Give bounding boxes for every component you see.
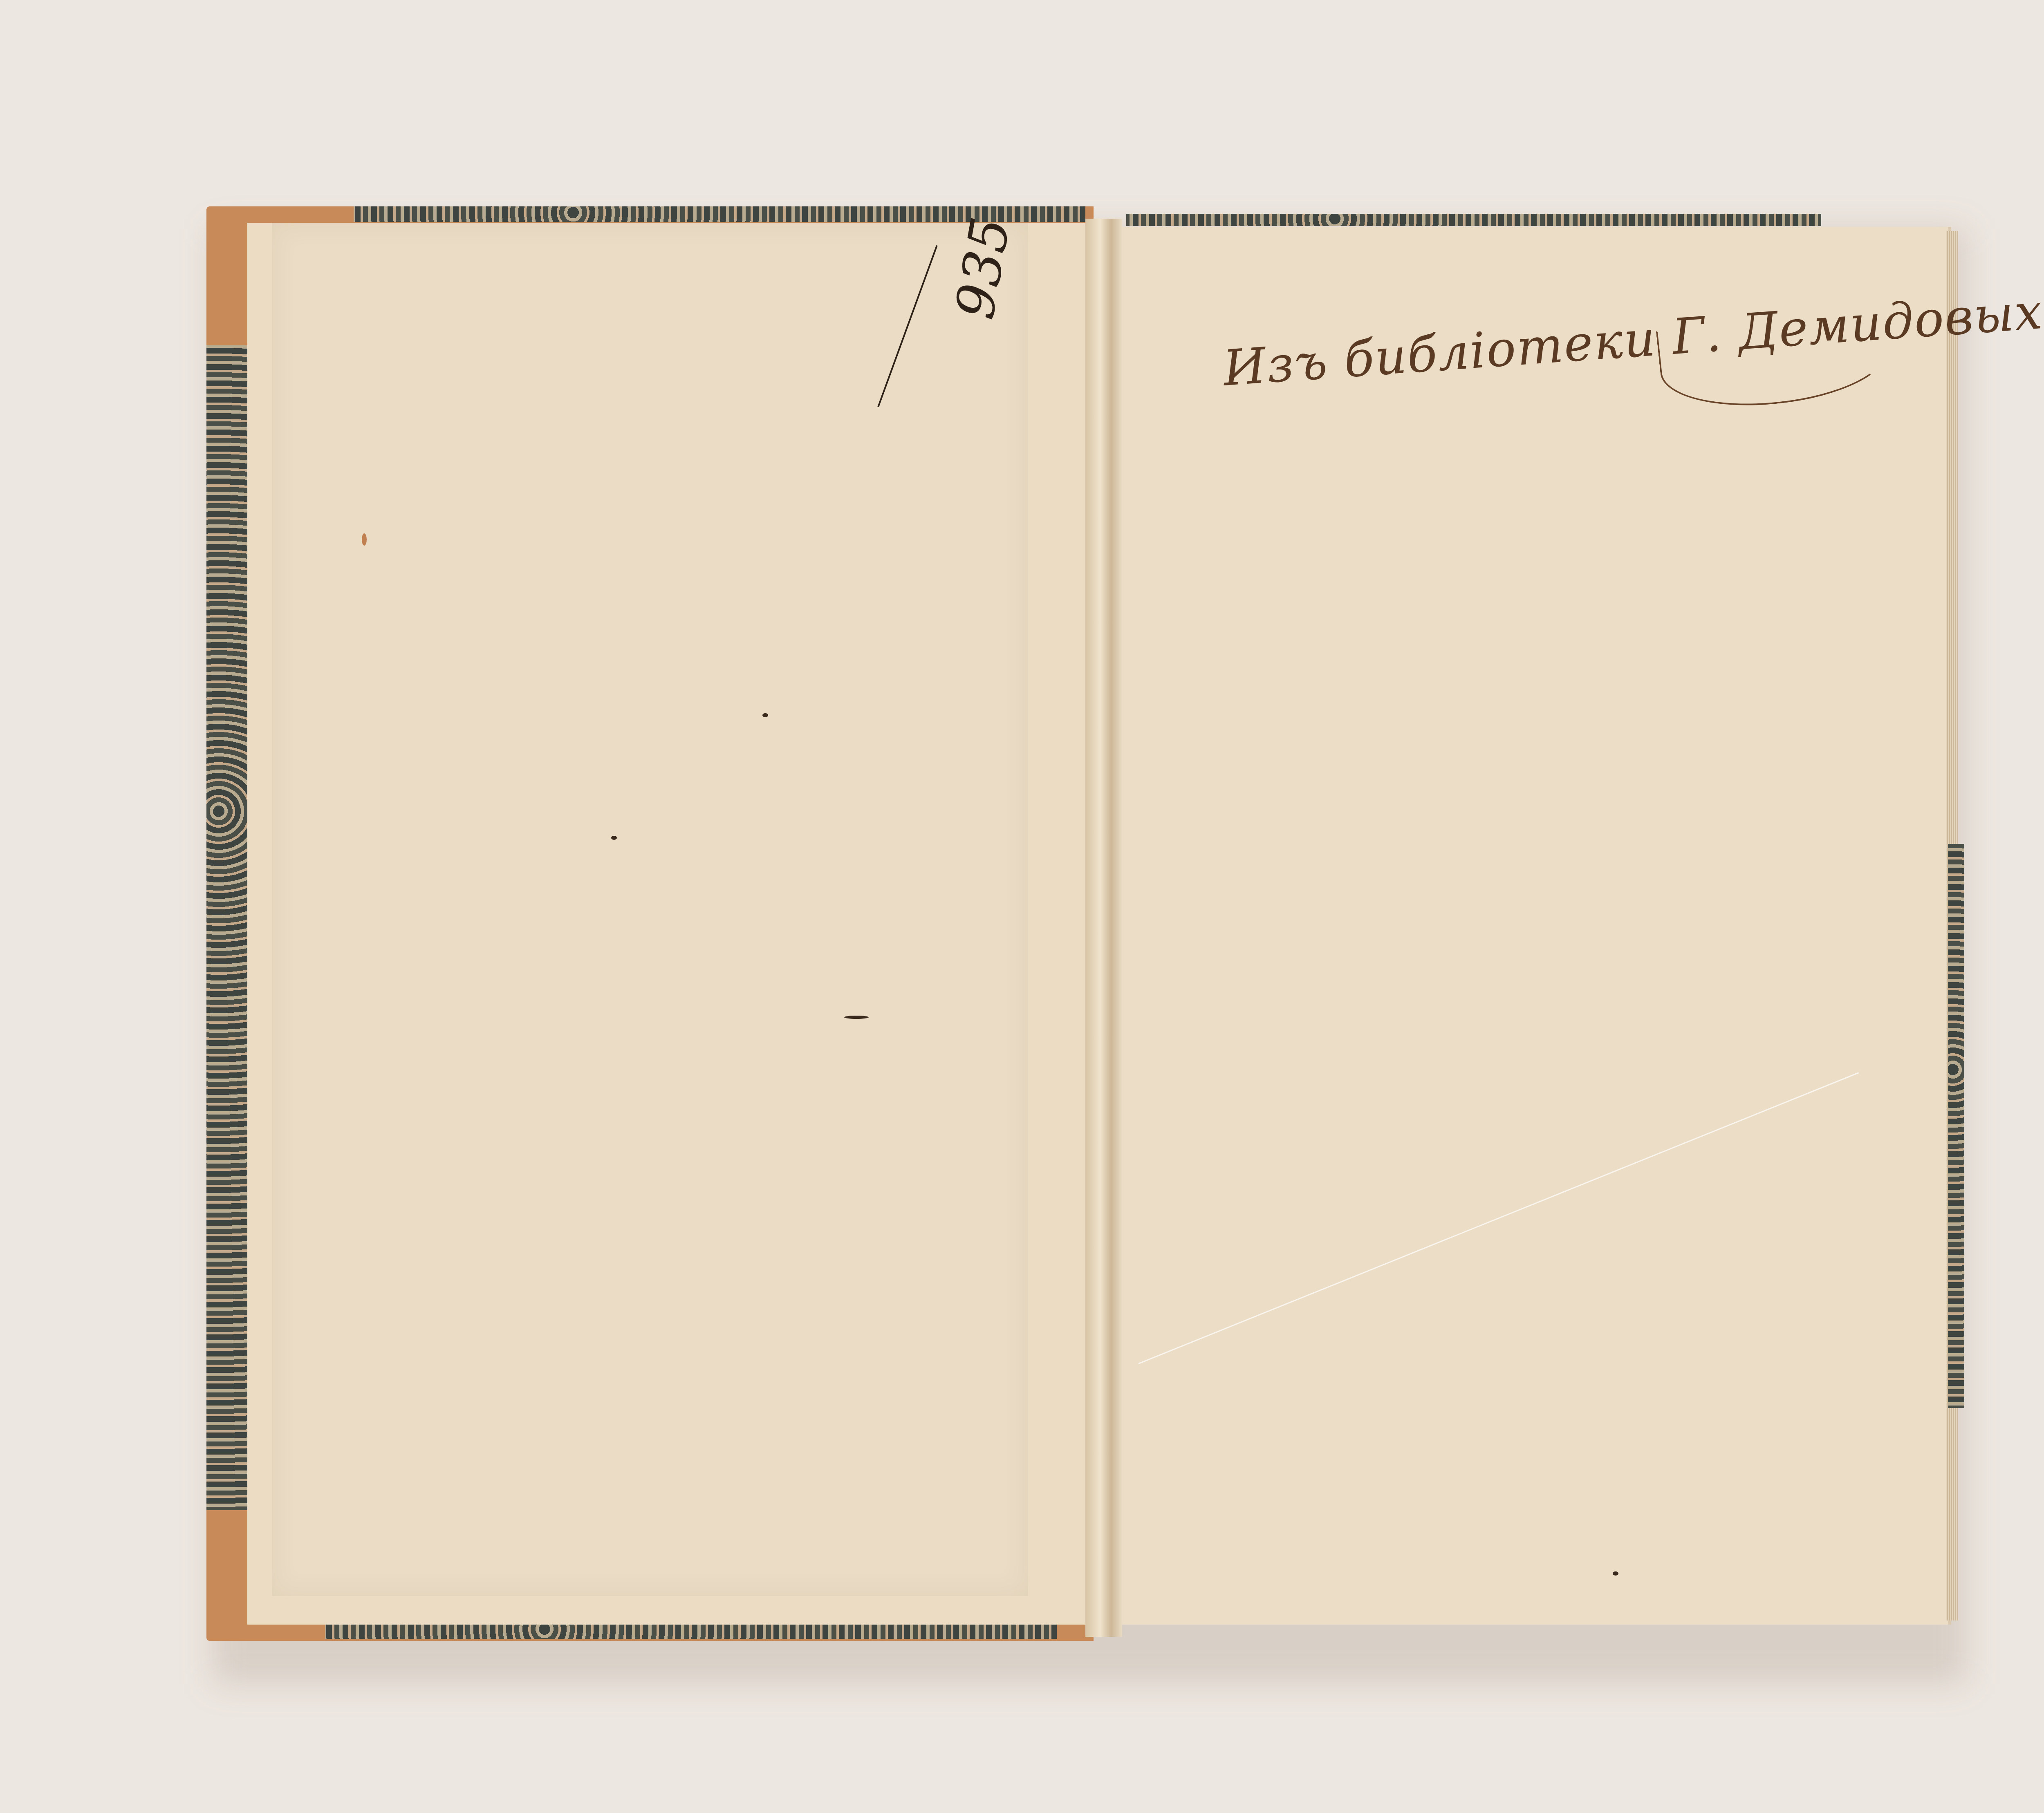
marbled-board-side xyxy=(206,345,247,1510)
marbled-board-right-edge xyxy=(1948,844,1964,1408)
ink-spot xyxy=(762,713,768,717)
marbled-board-top-right xyxy=(1126,214,1821,226)
pastedown-sheet xyxy=(272,223,1028,1596)
stain-spot xyxy=(362,533,367,546)
ink-spot xyxy=(844,1016,869,1019)
spine-gutter xyxy=(1085,219,1122,1637)
ink-spot xyxy=(611,836,617,840)
right-page xyxy=(1122,227,1951,1625)
marbled-board-bottom-left xyxy=(325,1623,1057,1639)
open-book xyxy=(206,206,1956,1645)
paper-crease xyxy=(1138,1072,1859,1364)
ink-spot xyxy=(1613,1571,1618,1576)
